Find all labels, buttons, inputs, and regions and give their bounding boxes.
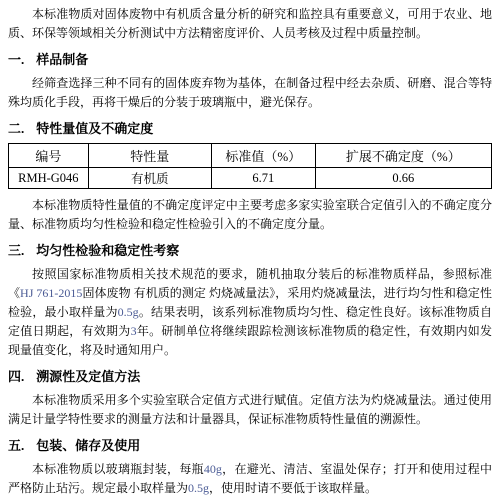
section-2-paragraph: 本标准物质特性量值的不确定度评定中主要考虑多家实验室联合定值引入的不确定度分量、… <box>8 196 492 234</box>
table-header-id: 编号 <box>9 144 89 168</box>
section-title: 样品制备 <box>36 52 88 67</box>
section-heading-3: 三.均匀性检验和稳定性考察 <box>8 242 492 260</box>
section-number: 二. <box>8 120 24 138</box>
section-title: 均匀性检验和稳定性考察 <box>36 243 179 258</box>
text-run: 本标准物质以玻璃瓶封装，每瓶 <box>32 462 204 476</box>
section-heading-2: 二.特性量值及不确定度 <box>8 120 492 138</box>
cell-property: 有机质 <box>88 168 211 189</box>
latin-text-run: 40g <box>204 462 222 476</box>
table-header-property: 特性量 <box>88 144 211 168</box>
section-number: 一. <box>8 51 24 69</box>
characteristic-value-table: 编号 特性量 标准值（%） 扩展不确定度（%） RMH-G046 有机质 6.7… <box>8 143 492 189</box>
cell-standard-value: 6.71 <box>211 168 315 189</box>
section-4-paragraph: 本标准物质采用多个实验室联合定值方式进行赋值。定值方法为灼烧减量法。通过使用满足… <box>8 391 492 429</box>
cell-uncertainty: 0.66 <box>315 168 491 189</box>
section-number: 三. <box>8 242 24 260</box>
section-heading-1: 一.样品制备 <box>8 51 492 69</box>
section-heading-5: 五.包装、储存及使用 <box>8 437 492 455</box>
section-1-paragraph: 经筛查选择三种不同有的固体废弃物为基体，在制备过程中经去杂质、研磨、混合等特殊均… <box>8 74 492 112</box>
section-title: 包装、储存及使用 <box>36 438 140 453</box>
table-header-standard-value: 标准值（%） <box>211 144 315 168</box>
section-title: 溯源性及定值方法 <box>36 369 140 384</box>
text-run: 本标准物质采用多个实验室联合定值方式进行赋值。定值方法为灼烧减量法。通过使用满足… <box>8 393 492 426</box>
section-3-paragraph: 按照国家标准物质相关技术规范的要求，随机抽取分装后的标准物质样品，参照标准《HJ… <box>8 265 492 360</box>
text-run: ，使用时请不要低于该取样量。 <box>209 481 377 495</box>
intro-paragraph: 本标准物质对固体废物中有机质含量分析的研究和监控具有重要意义，可用于农业、地质、… <box>8 5 492 43</box>
text-run: 经筛查选择三种不同有的固体废弃物为基体，在制备过程中经去杂质、研磨、混合等特殊均… <box>8 76 492 109</box>
section-heading-4: 四.溯源性及定值方法 <box>8 368 492 386</box>
document-page: 本标准物质对固体废物中有机质含量分析的研究和监控具有重要意义，可用于农业、地质、… <box>0 0 500 497</box>
latin-text-run: 0.5g <box>188 481 209 495</box>
cell-id: RMH-G046 <box>9 168 89 189</box>
table-header-uncertainty: 扩展不确定度（%） <box>315 144 491 168</box>
section-5-paragraph: 本标准物质以玻璃瓶封装，每瓶40g，在避光、清洁、室温处保存；打开和使用过程中严… <box>8 460 492 497</box>
latin-text-run: HJ 761-2015 <box>20 286 82 300</box>
text-run: 本标准物质对固体废物中有机质含量分析的研究和监控具有重要意义，可用于农业、地质、… <box>8 7 492 40</box>
latin-text-run: 0.5g <box>118 305 139 319</box>
section-number: 四. <box>8 368 24 386</box>
table-header-row: 编号 特性量 标准值（%） 扩展不确定度（%） <box>9 144 492 168</box>
section-number: 五. <box>8 437 24 455</box>
section-title: 特性量值及不确定度 <box>36 121 153 136</box>
text-run: 本标准物质特性量值的不确定度评定中主要考虑多家实验室联合定值引入的不确定度分量、… <box>8 198 492 231</box>
table-row: RMH-G046 有机质 6.71 0.66 <box>9 168 492 189</box>
